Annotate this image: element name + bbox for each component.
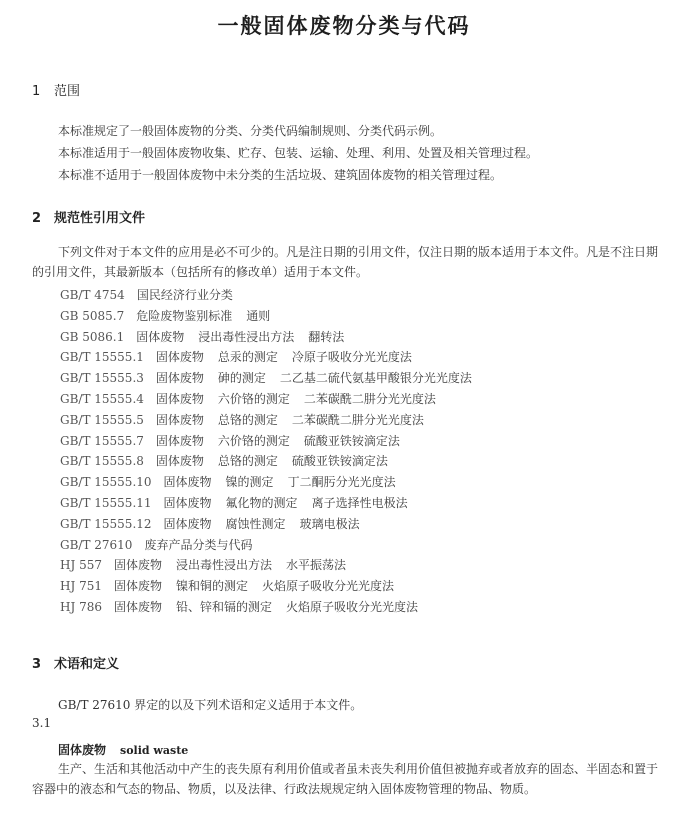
reference-item: GB/T 15555.1固体废物总汞的测定冷原子吸收分光光度法 [60,347,486,368]
section-number: 3 [32,657,54,672]
term-number: 3.1 [32,716,51,730]
reference-list: GB/T 4754国民经济行业分类 GB 5085.7危险废物鉴别标准通则 GB… [60,285,486,618]
terms-intro: GB/T 27610 界定的以及下列术语和定义适用于本文件。 [58,696,362,713]
reference-item: GB/T 15555.10固体废物镍的测定丁二酮肟分光光度法 [60,472,486,493]
term-heading: 固体废物solid waste [58,741,188,758]
reference-item: HJ 557固体废物浸出毒性浸出方法水平振荡法 [60,555,486,576]
section-number: 1 [32,84,54,99]
term-chinese: 固体废物 [58,743,106,757]
section-1-heading: 1范围 [32,80,80,99]
document-title: 一般固体废物分类与代码 [0,10,688,40]
reference-item: GB/T 15555.5固体废物总铬的测定二苯碳酰二肼分光光度法 [60,410,486,431]
section-title: 术语和定义 [54,657,119,672]
reference-item: GB 5086.1固体废物浸出毒性浸出方法翻转法 [60,327,486,348]
reference-item: GB/T 15555.4固体废物六价铬的测定二苯碳酰二肼分光光度法 [60,389,486,410]
term-english: solid waste [120,744,188,757]
document-page: 一般固体废物分类与代码 1范围 本标准规定了一般固体废物的分类、分类代码编制规则… [0,0,688,820]
reference-item: GB/T 15555.7固体废物六价铬的测定硫酸亚铁铵滴定法 [60,431,486,452]
section-3-heading: 3术语和定义 [32,653,119,672]
references-intro: 下列文件对于本文件的应用是必不可少的。凡是注日期的引用文件，仅注日期的版本适用于… [32,243,664,282]
reference-item: HJ 751固体废物镍和铜的测定火焰原子吸收分光光度法 [60,576,486,597]
reference-item: HJ 786固体废物铅、锌和镉的测定火焰原子吸收分光光度法 [60,597,486,618]
reference-item: GB/T 15555.8固体废物总铬的测定硫酸亚铁铵滴定法 [60,451,486,472]
scope-paragraph: 本标准不适用于一般固体废物中未分类的生活垃圾、建筑固体废物的相关管理过程。 [58,166,502,183]
reference-item: GB/T 15555.12固体废物腐蚀性测定玻璃电极法 [60,514,486,535]
section-2-heading: 2规范性引用文件 [32,207,145,226]
reference-item: GB/T 4754国民经济行业分类 [60,285,486,306]
scope-paragraph: 本标准规定了一般固体废物的分类、分类代码编制规则、分类代码示例。 [58,122,442,139]
section-title: 范围 [54,84,80,99]
reference-item: GB/T 15555.11固体废物氟化物的测定离子选择性电极法 [60,493,486,514]
section-title: 规范性引用文件 [54,211,145,226]
reference-item: GB/T 15555.3固体废物砷的测定二乙基二硫代氨基甲酸银分光光度法 [60,368,486,389]
reference-item: GB/T 27610废弃产品分类与代码 [60,535,486,556]
term-definition: 生产、生活和其他活动中产生的丧失原有利用价值或者虽未丧失利用价值但被抛弃或者放弃… [32,760,664,799]
reference-item: GB 5085.7危险废物鉴别标准通则 [60,306,486,327]
section-number: 2 [32,211,54,226]
scope-paragraph: 本标准适用于一般固体废物收集、贮存、包装、运输、处理、利用、处置及相关管理过程。 [58,144,538,161]
